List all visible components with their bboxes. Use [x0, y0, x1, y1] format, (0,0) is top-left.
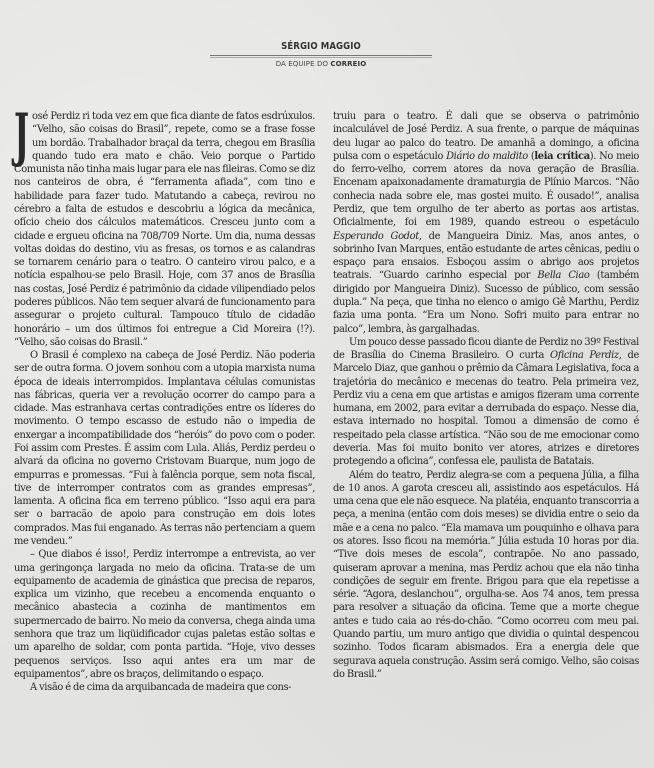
author-affiliation: DA EQUIPE DO CORREIO: [210, 60, 432, 69]
author-name: SÉRGIO MAGGIO: [221, 41, 421, 52]
film-title: Oficina Perdiz: [550, 350, 619, 361]
play-title: Bella Ciao: [537, 270, 589, 281]
byline-divider: [210, 55, 432, 58]
article-paragraph-3: – Que diabos é isso!, Perdiz interrompe …: [14, 548, 315, 681]
byline: SÉRGIO MAGGIO DA EQUIPE DO CORREIO: [210, 41, 432, 69]
article-paragraph-4-continued: truiu para o teatro. É dali que se obser…: [333, 110, 639, 336]
article-paragraph-2: O Brasil é complexo na cabeça de José Pe…: [14, 349, 315, 548]
paragraph-text: osé Perdiz ri toda vez em que fica diant…: [14, 111, 315, 348]
newspaper-name: CORREIO: [330, 60, 366, 68]
article-paragraph-5: Um pouco desse passado ficou diante de P…: [333, 336, 639, 469]
affiliation-prefix: DA EQUIPE DO: [276, 60, 331, 68]
drop-cap: J: [14, 111, 22, 163]
newspaper-page: SÉRGIO MAGGIO DA EQUIPE DO CORREIO José …: [0, 0, 654, 768]
paragraph-text: ). No meio do ferro-velho, correm atores…: [333, 151, 639, 228]
article-paragraph-4-start: A visão é de cima da arquibancada de mad…: [14, 681, 315, 694]
play-title: Esperando Godot: [333, 231, 419, 242]
paragraph-text: , de Marcelo Diaz, que ganhou o prêmio d…: [333, 350, 639, 467]
review-link[interactable]: leia crítica: [534, 151, 589, 162]
article-paragraph-1: José Perdiz ri toda vez em que fica dian…: [14, 110, 315, 349]
play-title: Diário do maldito: [446, 151, 528, 162]
article-column-left: José Perdiz ri toda vez em que fica dian…: [14, 110, 315, 694]
article-paragraph-6: Além do teatro, Perdiz alegra-se com a p…: [333, 469, 639, 682]
article-column-right: truiu para o teatro. É dali que se obser…: [333, 110, 639, 681]
